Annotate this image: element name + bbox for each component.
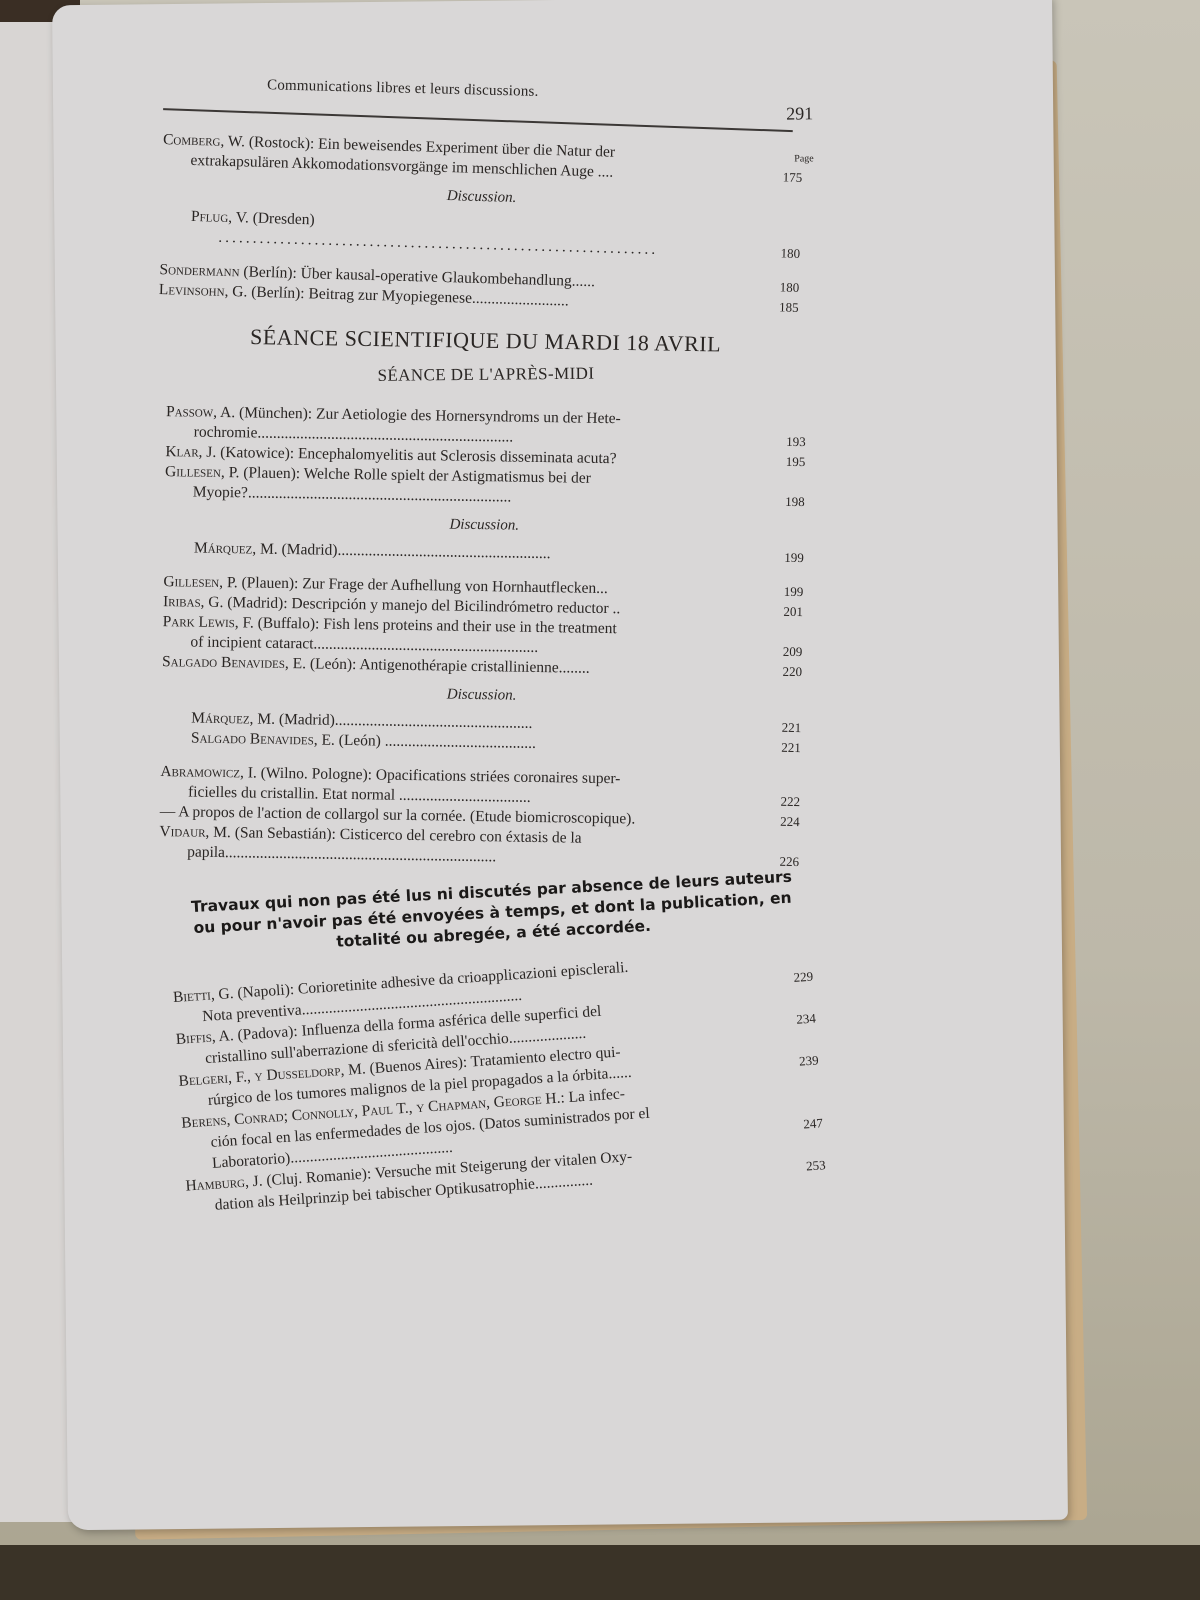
entry-page: 253 xyxy=(805,1154,826,1176)
discussion-label: Discussion. xyxy=(164,510,804,540)
entry-continuation: Myopie?.................................… xyxy=(165,482,765,511)
entry-page: 180 xyxy=(779,277,799,298)
section-subtitle: SÉANCE DE L'APRÈS-MIDI xyxy=(166,361,806,388)
entry-page: 224 xyxy=(780,812,800,832)
entry-author: Abramowicz, I. xyxy=(160,763,257,782)
entry-page: 198 xyxy=(785,492,805,512)
entry-author: Bietti, G. xyxy=(172,985,234,1006)
entry-author: Salgado Benavides, E. xyxy=(191,730,335,749)
page-number: 291 xyxy=(786,103,813,123)
entry-page: 180 xyxy=(780,243,800,264)
book-page: Communications libres et leurs discussio… xyxy=(52,0,1068,1530)
entry-author: Iribas, G. xyxy=(163,593,224,611)
entry-author: Park Lewis, F. xyxy=(163,613,254,631)
header-rule: 291 Page xyxy=(163,89,803,122)
discussion-label: Discussion. xyxy=(162,680,802,710)
entry-page: 195 xyxy=(786,452,806,472)
entry-page: 239 xyxy=(798,1049,819,1071)
entry-page: 234 xyxy=(796,1008,817,1030)
header-line xyxy=(163,108,793,131)
entry-author: Sondermann xyxy=(159,261,240,280)
entry-page: 185 xyxy=(779,297,799,318)
page-content: Communications libres et leurs discussio… xyxy=(163,67,815,1218)
entry-author: Passow, A. xyxy=(166,403,235,421)
section-1: Comberg, W. (Rostock): Ein beweisendes E… xyxy=(159,130,803,318)
entry-page: 201 xyxy=(783,602,803,622)
entry-title: (Dresden) xyxy=(249,210,315,229)
entry-author: Gillesen, P. xyxy=(163,573,238,591)
toc-entry: Comberg, W. (Rostock): Ein beweisendes E… xyxy=(162,130,803,188)
entry-author: Klar, J. xyxy=(165,443,216,461)
section-2: Passow, A. (München): Zur Aetiologie des… xyxy=(159,402,806,872)
entry-page: 175 xyxy=(782,167,802,188)
entry-author: Biffis, A. xyxy=(175,1027,234,1048)
entry-continuation: papila..................................… xyxy=(159,842,759,871)
entry-author: Márquez, M. xyxy=(194,540,278,558)
entry-title: : La infec- xyxy=(560,1085,626,1106)
entry-author: Comberg, W. xyxy=(163,131,245,150)
entry-page: 221 xyxy=(782,718,802,738)
section-3: Bietti, G. (Napoli): Corioretinite adhes… xyxy=(172,945,826,1218)
entry-page: 199 xyxy=(784,548,804,568)
entry-page: 222 xyxy=(780,792,800,812)
entry-title: (León) .................................… xyxy=(335,732,536,752)
entry-author: Vidaur, M. xyxy=(159,823,231,841)
entry-page: 221 xyxy=(781,738,801,758)
section-title: SÉANCE SCIENTIFIQUE DU MARDI 18 AVRIL xyxy=(165,326,805,356)
entry-page: 220 xyxy=(782,662,802,682)
entry-title: (Madrid)................................… xyxy=(275,711,533,732)
entry-title: (León): Antigenothérapie cristallinienne… xyxy=(306,655,590,676)
entry-author: Márquez, M. xyxy=(191,710,275,728)
entry-author: Levinsohn, G. xyxy=(159,281,248,300)
desk-edge xyxy=(0,1545,1200,1600)
entry-author: Pflug, V. xyxy=(191,208,249,227)
entry-page: 199 xyxy=(784,582,804,602)
entry-author: Salgado Benavides, E. xyxy=(162,653,306,672)
entry-page: 247 xyxy=(803,1112,824,1134)
entry-author: Gillesen, P. xyxy=(165,463,240,481)
entry-page: 209 xyxy=(783,642,803,662)
entry-page: 193 xyxy=(786,432,806,452)
entry-title: (Madrid)................................… xyxy=(278,541,551,562)
unread-papers-notice: Travaux qui non pas été lus ni discutés … xyxy=(171,866,813,961)
entry-page: 229 xyxy=(793,966,814,988)
